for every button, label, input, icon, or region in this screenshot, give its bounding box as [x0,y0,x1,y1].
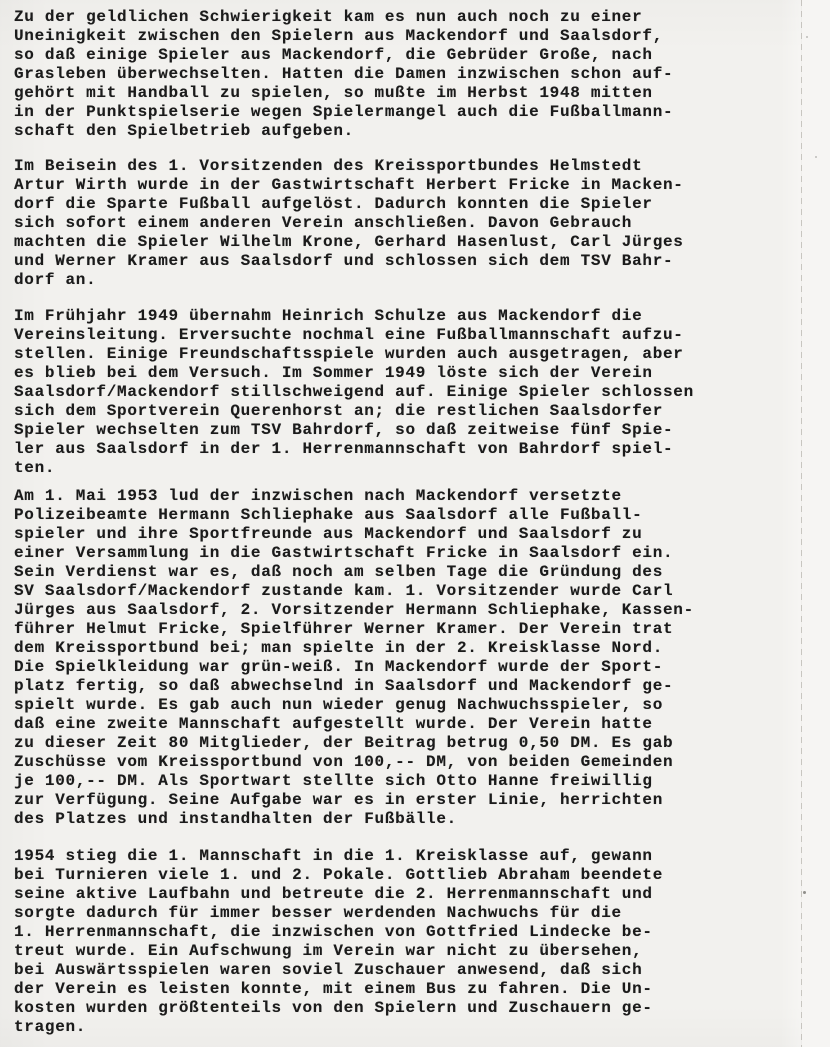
paragraph-sparte-aufgeloest: Im Beisein des 1. Vorsitzenden des Kreis… [14,157,684,290]
scan-speck [803,891,806,894]
paragraph-financial-dispute: Zu der geldlichen Schwierigkeit kam es n… [14,8,673,141]
page-crease-line [801,0,802,1047]
paragraph-gruendung-1953: Am 1. Mai 1953 lud der inzwischen nach M… [14,487,694,829]
scan-speck [815,156,817,158]
document-page: Zu der geldlichen Schwierigkeit kam es n… [0,0,830,1047]
scan-speck [806,36,808,38]
paragraph-fruehjahr-1949: Im Frühjahr 1949 übernahm Heinrich Schul… [14,307,694,478]
paragraph-aufstieg-1954: 1954 stieg die 1. Mannschaft in die 1. K… [14,847,663,1037]
